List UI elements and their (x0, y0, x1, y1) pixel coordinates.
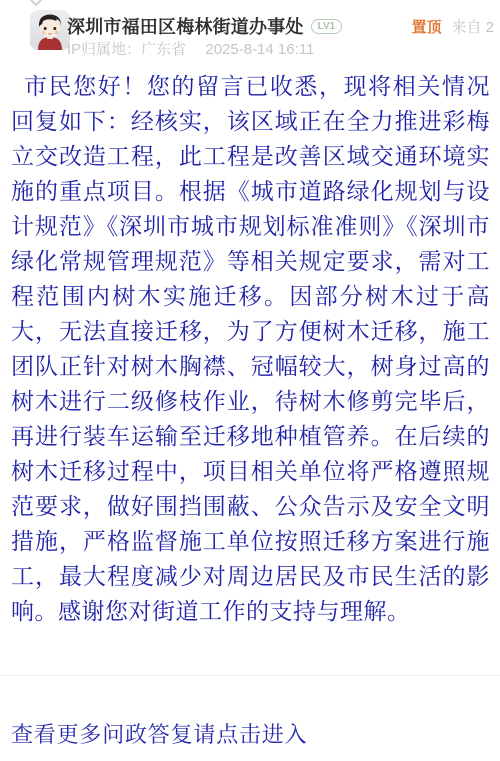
username[interactable]: 深圳市福田区梅林街道办事处 (67, 13, 304, 39)
chevron-down-icon[interactable] (26, 0, 46, 6)
timestamp: 2025-8-14 16:11 (205, 41, 314, 58)
avatar[interactable] (30, 10, 70, 50)
more-replies-link[interactable]: 查看更多问政答复请点击进入 (11, 718, 307, 749)
level-badge: LV1 (311, 19, 343, 34)
from-floor-label: 来自 2 (451, 16, 494, 37)
post-header: 深圳市福田区梅林街道办事处 LV1 置顶 来自 2 (67, 13, 494, 39)
ip-location-label: IP归属地：广东省 (67, 41, 186, 58)
divider (0, 675, 500, 676)
post-meta: IP归属地：广东省 2025-8-14 16:11 (67, 38, 314, 59)
reply-text: 市民您好！您的留言已收悉，现将相关情况回复如下：经核实，该区域正在全力推进彩梅立… (11, 69, 490, 629)
pinned-badge: 置顶 (411, 16, 441, 37)
